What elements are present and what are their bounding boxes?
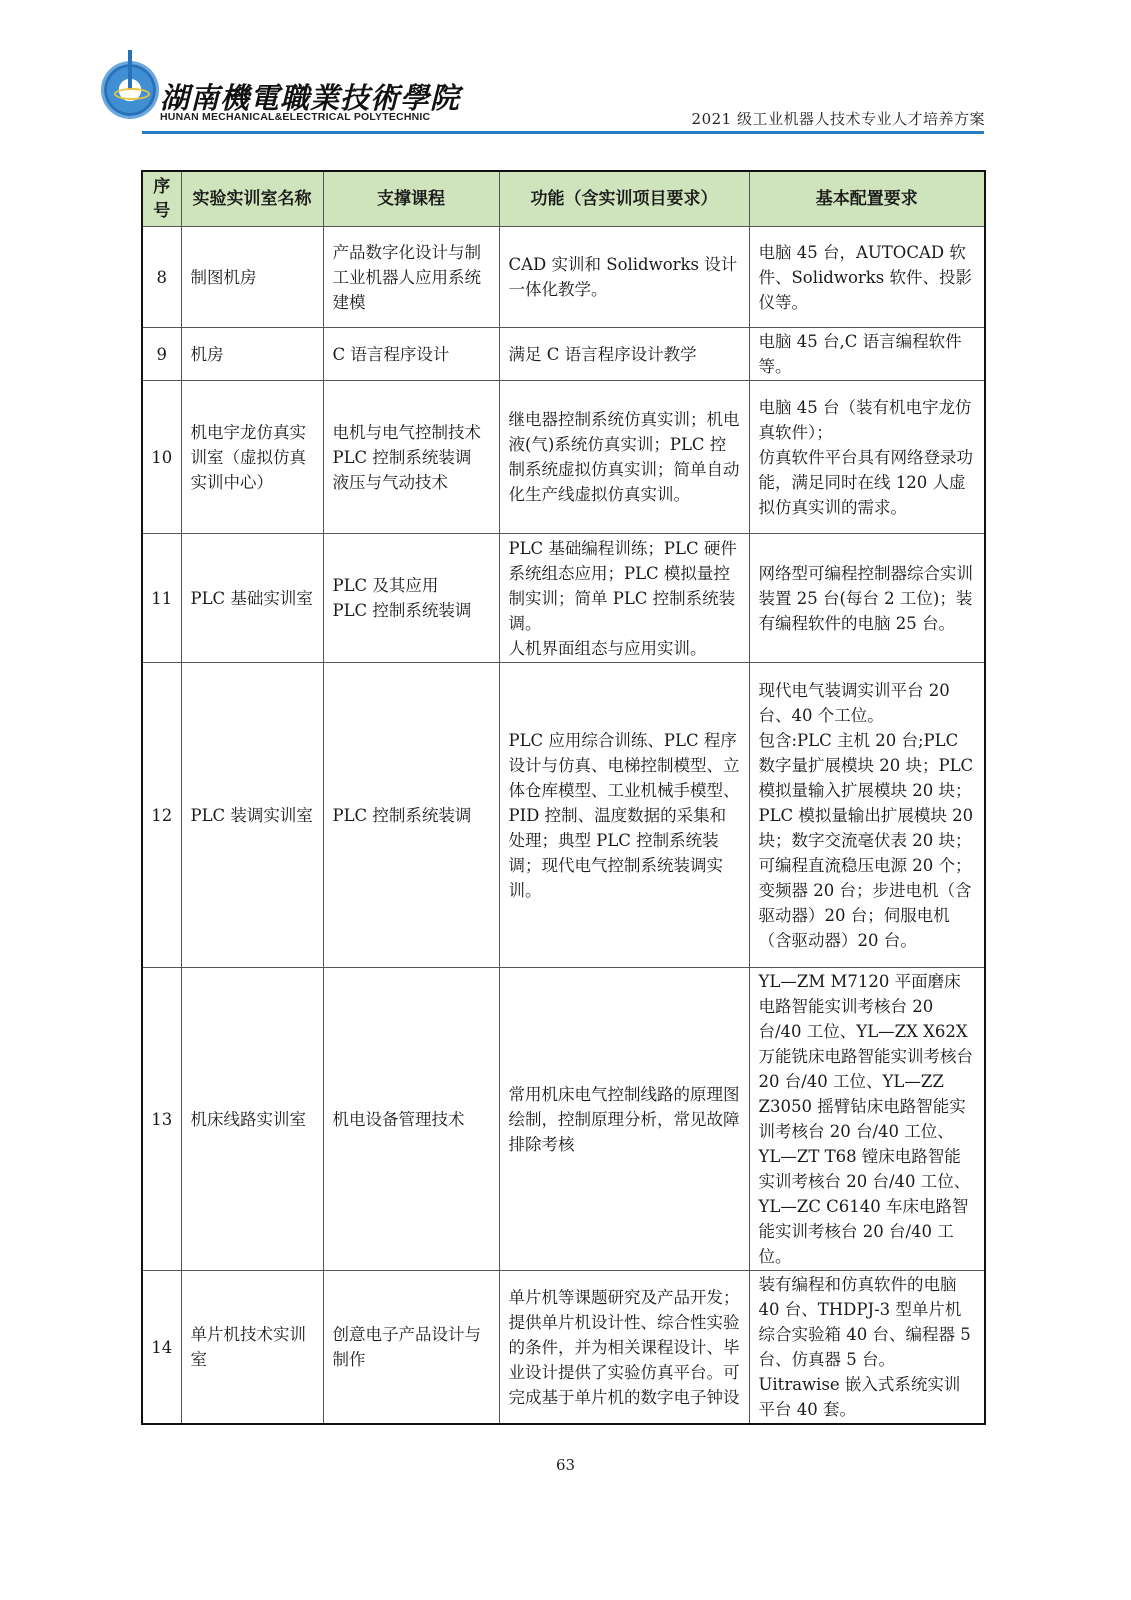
lab-facilities-table-container: 序号 实验实训室名称 支撑课程 功能（含实训项目要求） 基本配置要求 8 制图机… [141, 170, 984, 1425]
cell-function: CAD 实训和 Solidworks 设计一体化教学。 [499, 227, 749, 328]
cell-lab-name: 机电宇龙仿真实训室（虚拟仿真实训中心） [181, 381, 323, 534]
page-number: 63 [0, 1456, 1131, 1474]
cell-no: 10 [142, 381, 181, 534]
table-row: 13 机床线路实训室 机电设备管理技术 常用机床电气控制线路的原理图绘制，控制原… [142, 968, 985, 1271]
cell-lab-name: PLC 装调实训室 [181, 663, 323, 968]
cell-function: 常用机床电气控制线路的原理图绘制，控制原理分析，常见故障排除考核 [499, 968, 749, 1271]
cell-lab-name: PLC 基础实训室 [181, 534, 323, 663]
table-row: 14 单片机技术实训室 创意电子产品设计与制作 单片机等课题研究及产品开发；提供… [142, 1271, 985, 1425]
table-row: 12 PLC 装调实训室 PLC 控制系统装调 PLC 应用综合训练、PLC 程… [142, 663, 985, 968]
column-header-no: 序号 [142, 171, 181, 227]
cell-config: 电脑 45 台，AUTOCAD 软件、Solidworks 软件、投影仪等。 [749, 227, 985, 328]
cell-function: PLC 基础编程训练；PLC 硬件系统组态应用；PLC 模拟量控制实训；简单 P… [499, 534, 749, 663]
cell-courses: 创意电子产品设计与制作 [323, 1271, 499, 1425]
table-row: 11 PLC 基础实训室 PLC 及其应用 PLC 控制系统装调 PLC 基础编… [142, 534, 985, 663]
table-header-row: 序号 实验实训室名称 支撑课程 功能（含实训项目要求） 基本配置要求 [142, 171, 985, 227]
cell-config: YL—ZM M7120 平面磨床电路智能实训考核台 20 台/40 工位、YL—… [749, 968, 985, 1271]
cell-no: 12 [142, 663, 181, 968]
cell-courses: 产品数字化设计与制 工业机器人应用系统建模 [323, 227, 499, 328]
column-header-courses: 支撑课程 [323, 171, 499, 227]
table-row: 8 制图机房 产品数字化设计与制 工业机器人应用系统建模 CAD 实训和 Sol… [142, 227, 985, 328]
cell-config: 电脑 45 台,C 语言编程软件等。 [749, 328, 985, 381]
orbit-ring-shape [114, 88, 150, 100]
cell-no: 8 [142, 227, 181, 328]
tower-spire-shape [128, 50, 132, 90]
cell-lab-name: 机床线路实训室 [181, 968, 323, 1271]
cell-config: 电脑 45 台（装有机电宇龙仿真软件）； 仿真软件平台具有网络登录功能，满足同时… [749, 381, 985, 534]
cell-config: 现代电气装调实训平台 20 台、40 个工位。 包含:PLC 主机 20 台;P… [749, 663, 985, 968]
table-row: 9 机房 C 语言程序设计 满足 C 语言程序设计教学 电脑 45 台,C 语言… [142, 328, 985, 381]
document-title: 2021 级工业机器人技术专业人才培养方案 [692, 108, 985, 129]
cell-config: 网络型可编程控制器综合实训装置 25 台(每台 2 工位)；装有编程软件的电脑 … [749, 534, 985, 663]
cell-function: 满足 C 语言程序设计教学 [499, 328, 749, 381]
cell-no: 9 [142, 328, 181, 381]
cell-courses: C 语言程序设计 [323, 328, 499, 381]
column-header-lab-name: 实验实训室名称 [181, 171, 323, 227]
cell-lab-name: 机房 [181, 328, 323, 381]
page-header: 湖南機電職業技術學院 HUNAN MECHANICAL&ELECTRICAL P… [0, 0, 1131, 140]
cell-lab-name: 单片机技术实训室 [181, 1271, 323, 1425]
cell-courses: 电机与电气控制技术 PLC 控制系统装调 液压与气动技术 [323, 381, 499, 534]
college-emblem-icon [104, 64, 156, 116]
cell-function: 单片机等课题研究及产品开发；提供单片机设计性、综合性实验的条件，并为相关课程设计… [499, 1271, 749, 1425]
cell-courses: PLC 及其应用 PLC 控制系统装调 [323, 534, 499, 663]
column-header-config: 基本配置要求 [749, 171, 985, 227]
college-name-english: HUNAN MECHANICAL&ELECTRICAL POLYTECHNIC [160, 111, 430, 123]
cell-lab-name: 制图机房 [181, 227, 323, 328]
cell-courses: 机电设备管理技术 [323, 968, 499, 1271]
cell-courses: PLC 控制系统装调 [323, 663, 499, 968]
header-divider [142, 131, 984, 134]
cell-function: 继电器控制系统仿真实训；机电液(气)系统仿真实训；PLC 控制系统虚拟仿真实训；… [499, 381, 749, 534]
column-header-function: 功能（含实训项目要求） [499, 171, 749, 227]
cell-no: 11 [142, 534, 181, 663]
lab-facilities-table: 序号 实验实训室名称 支撑课程 功能（含实训项目要求） 基本配置要求 8 制图机… [141, 170, 986, 1425]
cell-no: 13 [142, 968, 181, 1271]
cell-no: 14 [142, 1271, 181, 1425]
cell-function: PLC 应用综合训练、PLC 程序设计与仿真、电梯控制模型、立体仓库模型、工业机… [499, 663, 749, 968]
cell-config: 装有编程和仿真软件的电脑 40 台、THDPJ-3 型单片机综合实验箱 40 台… [749, 1271, 985, 1425]
table-row: 10 机电宇龙仿真实训室（虚拟仿真实训中心） 电机与电气控制技术 PLC 控制系… [142, 381, 985, 534]
